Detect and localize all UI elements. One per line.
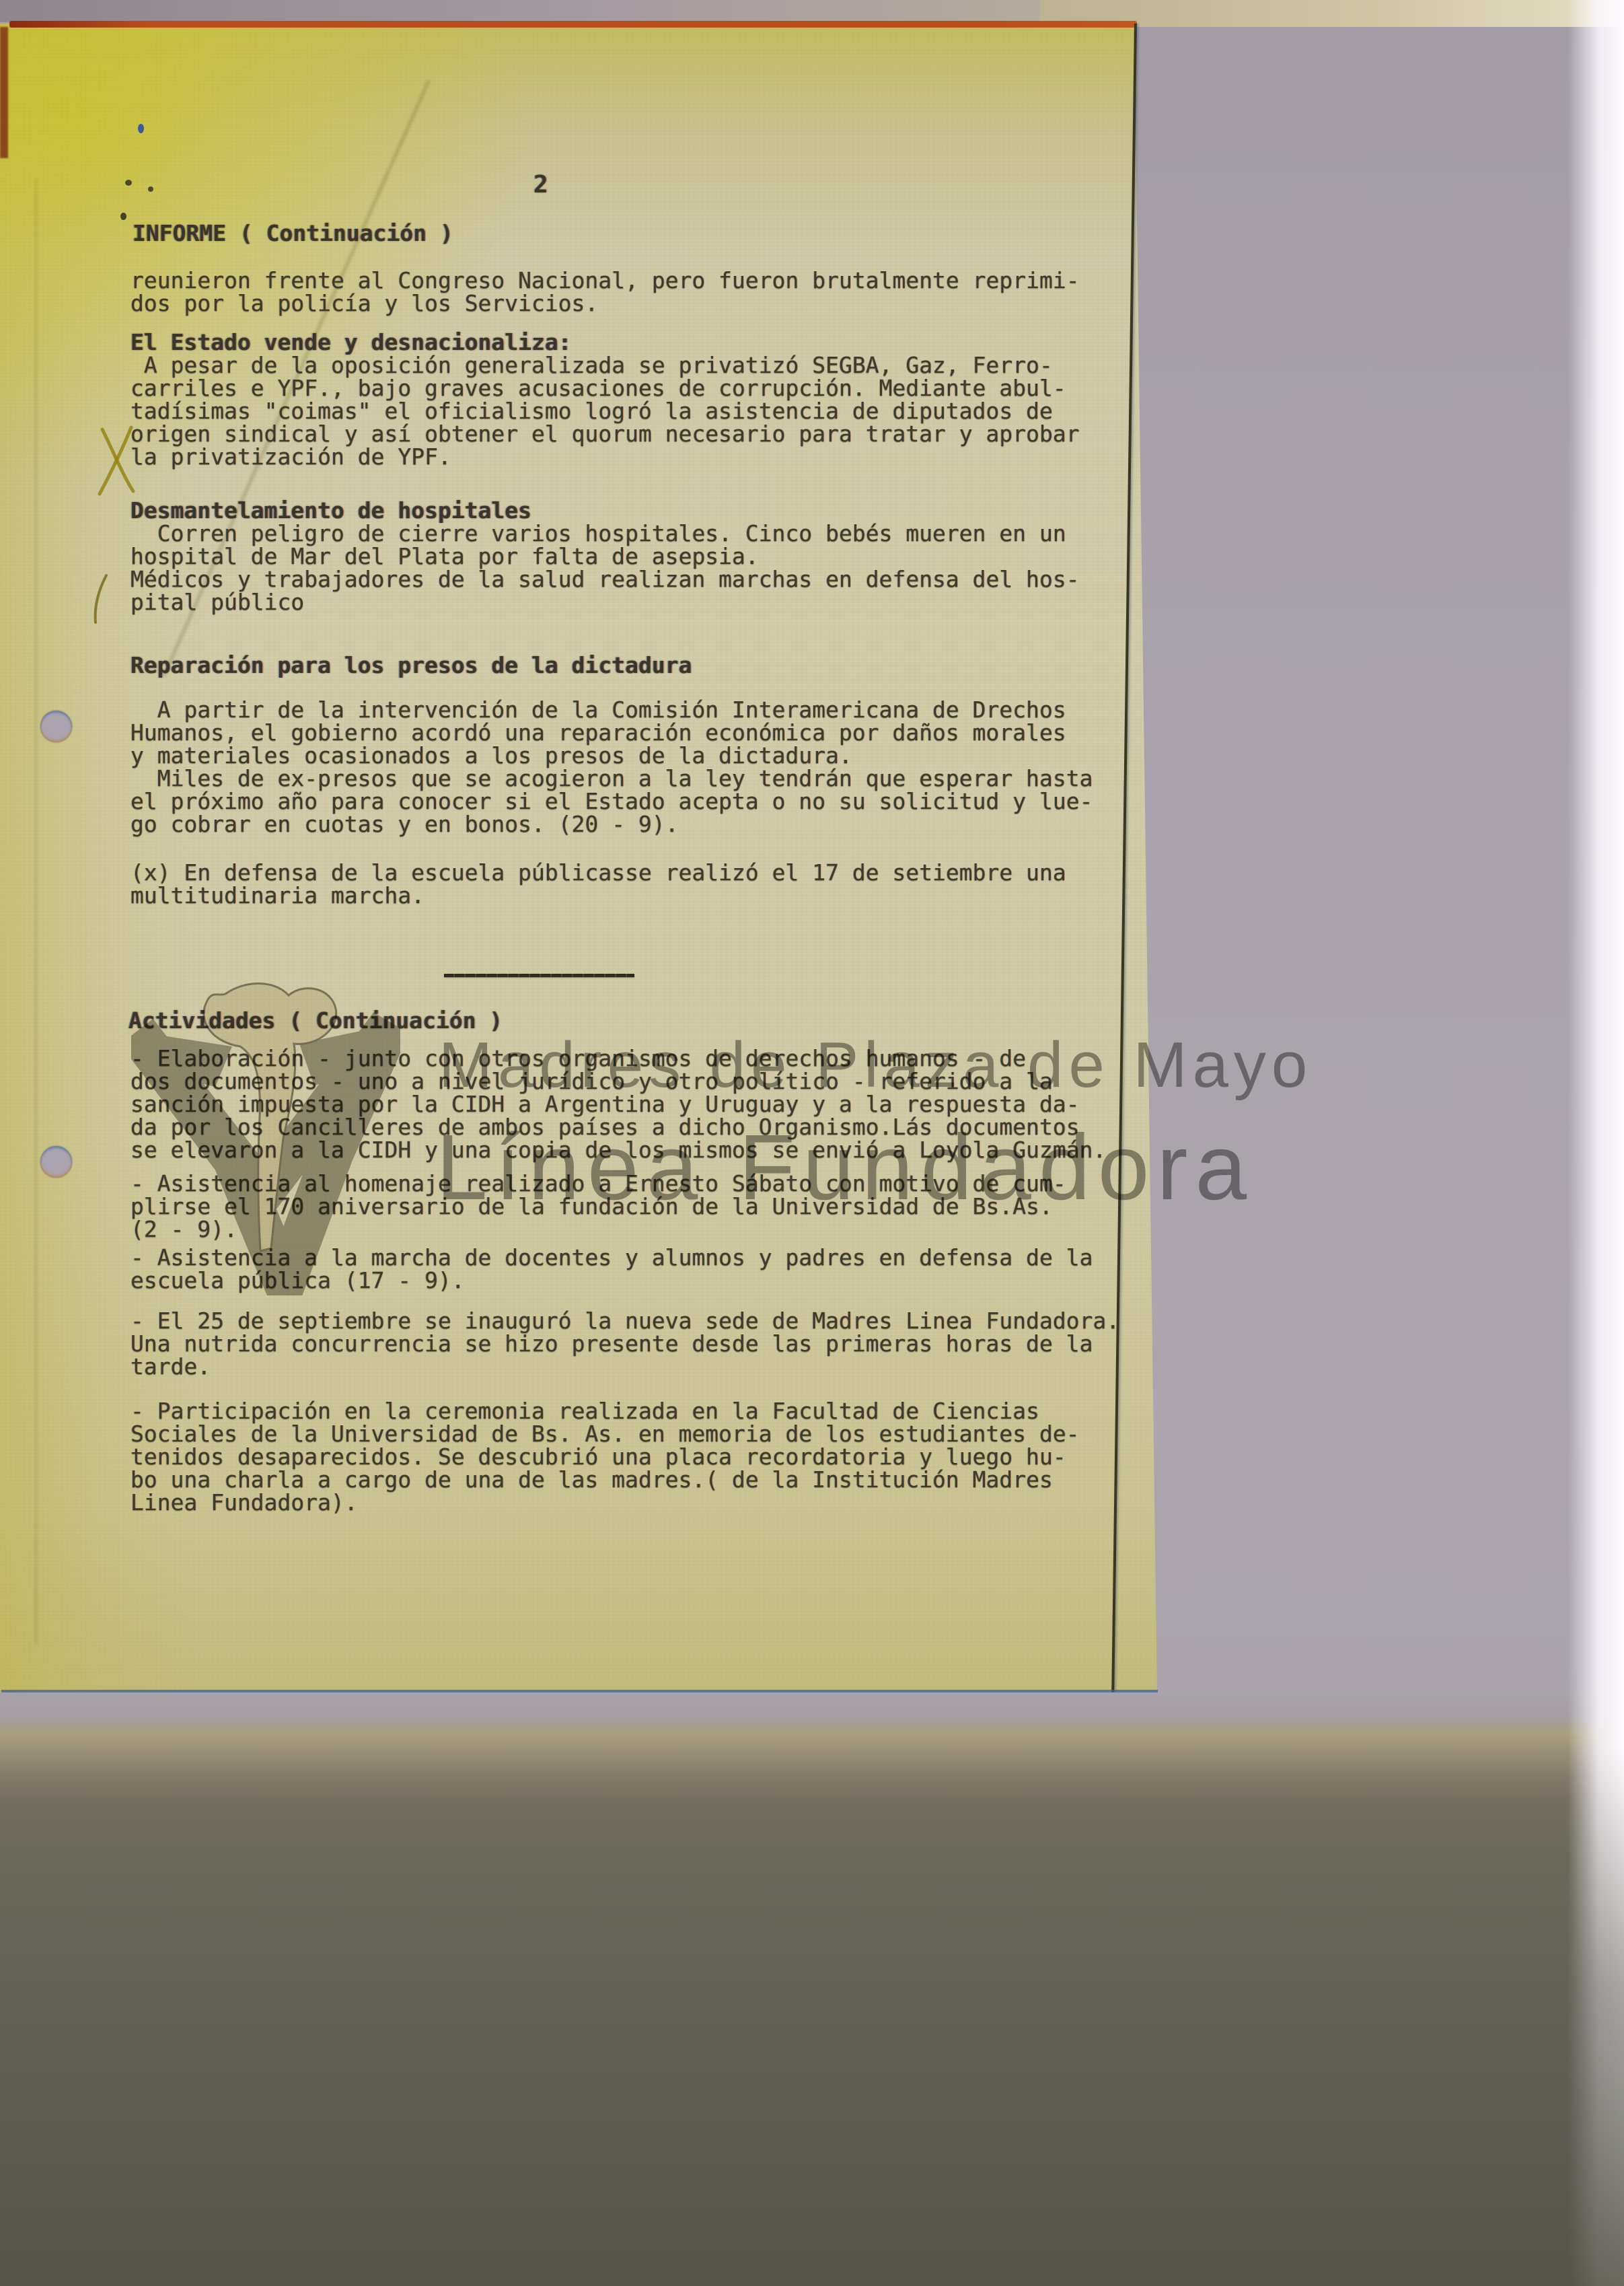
text-line: multitudinaria marcha. bbox=[131, 884, 1066, 907]
red-left-edge bbox=[0, 27, 8, 158]
scanner-background bbox=[1137, 27, 1624, 1696]
page-number: 2 bbox=[533, 174, 548, 197]
scanner-bed-dark-bands bbox=[0, 1692, 1624, 2286]
ink-speck-blue bbox=[138, 124, 144, 133]
text-line: bo una charla a cargo de una de las madr… bbox=[131, 1468, 1080, 1491]
text-line: Humanos, el gobierno acordó una reparaci… bbox=[131, 721, 1093, 744]
section-title-informe: INFORME ( Continuación ) bbox=[133, 222, 453, 245]
handwritten-tick-mark bbox=[86, 572, 113, 626]
text-line: Linea Fundadora). bbox=[131, 1491, 1080, 1514]
paragraph-congreso: reunieron frente al Congreso Nacional, p… bbox=[131, 269, 1080, 315]
text-line: - Participación en la ceremonia realizad… bbox=[131, 1400, 1080, 1423]
paragraph-privatizacion: A pesar de la oposición generalizada se … bbox=[131, 354, 1080, 468]
scanned-document-page: { "page_number": "2", "doc": { "title": … bbox=[0, 0, 1624, 2286]
paragraph-hospitales: Corren peligro de cierre varios hospital… bbox=[131, 522, 1080, 614]
text-line: dos por la policía y los Servicios. bbox=[131, 292, 1080, 315]
heading-estado-vende: El Estado vende y desnacionaliza: bbox=[131, 331, 572, 354]
punch-hole-bottom bbox=[40, 1146, 72, 1178]
text-line: Corren peligro de cierre varios hospital… bbox=[131, 522, 1080, 545]
madres-panuelo-logo-icon bbox=[131, 979, 400, 1295]
text-line: A pesar de la oposición generalizada se … bbox=[131, 354, 1080, 377]
typed-separator-line bbox=[444, 974, 634, 977]
paragraph-reparacion: A partir de la intervención de la Comisi… bbox=[131, 699, 1093, 836]
ink-speck bbox=[120, 213, 126, 220]
paragraph-nueva-sede: - El 25 de septiembre se inauguró la nue… bbox=[131, 1310, 1119, 1378]
text-line: tenidos desaparecidos. Se descubrió una … bbox=[131, 1445, 1080, 1468]
red-edge-line bbox=[9, 21, 1137, 28]
text-line: Una nutrida concurrencia se hizo present… bbox=[131, 1332, 1119, 1355]
text-line: pital público bbox=[131, 591, 1080, 614]
ink-speck bbox=[148, 186, 153, 192]
scanner-top-gray-strip bbox=[0, 0, 1039, 22]
punch-hole-top bbox=[40, 711, 72, 742]
text-line: carriles e YPF., bajo graves acusaciones… bbox=[131, 377, 1080, 400]
heading-hospitales: Desmantelamiento de hospitales bbox=[131, 499, 531, 522]
text-line: A partir de la intervención de la Comisi… bbox=[131, 699, 1093, 721]
text-line: reunieron frente al Congreso Nacional, p… bbox=[131, 269, 1080, 292]
heading-reparacion: Reparación para los presos de la dictadu… bbox=[131, 654, 692, 677]
text-line: tadísimas "coimas" el oficialismo logró … bbox=[131, 400, 1080, 423]
text-line: tarde. bbox=[131, 1355, 1119, 1378]
paragraph-ceremonia-facultad: - Participación en la ceremonia realizad… bbox=[131, 1400, 1080, 1514]
text-line: (x) En defensa de la escuela públicasse … bbox=[131, 861, 1066, 884]
watermark-line2: Línea Fundadora bbox=[436, 1114, 1254, 1221]
text-line: Médicos y trabajadores de la salud reali… bbox=[131, 568, 1080, 591]
scanner-light-edge bbox=[1567, 0, 1624, 2286]
document-paper: 2 INFORME ( Continuación ) reunieron fre… bbox=[0, 24, 1158, 1693]
text-line: Sociales de la Universidad de Bs. As. en… bbox=[131, 1423, 1080, 1445]
text-line: origen sindical y así obtener el quorum … bbox=[131, 423, 1080, 445]
ink-speck bbox=[125, 180, 132, 186]
text-line: y materiales ocasionados a los presos de… bbox=[131, 744, 1093, 767]
text-line: hospital de Mar del Plata por falta de a… bbox=[131, 545, 1080, 568]
text-line: - El 25 de septiembre se inauguró la nue… bbox=[131, 1310, 1119, 1332]
text-line: el próximo año para conocer si el Estado… bbox=[131, 790, 1093, 813]
text-line: Miles de ex-presos que se acogieron a la… bbox=[131, 767, 1093, 790]
paper-crease-vertical bbox=[35, 178, 37, 1645]
handwritten-x-mark bbox=[94, 424, 141, 498]
text-line: la privatización de YPF. bbox=[131, 445, 1080, 468]
text-line: go cobrar en cuotas y en bonos. (20 - 9)… bbox=[131, 813, 1093, 836]
watermark-line1: Madres de Plaza de Mayo bbox=[439, 1028, 1313, 1102]
paragraph-escuela-publica: (x) En defensa de la escuela públicasse … bbox=[131, 861, 1066, 907]
